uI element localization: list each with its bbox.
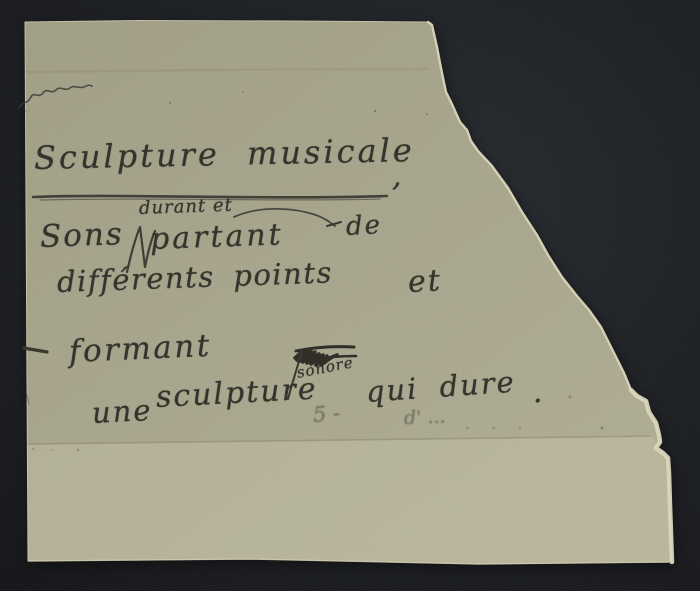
fold-strip (20, 437, 675, 568)
word-une: une (91, 396, 153, 428)
insertion-durant-et: durant et (139, 197, 233, 218)
faint-fragment: d' ... (404, 408, 446, 428)
scribble-dot (24, 110, 26, 112)
word-formant: formant (68, 331, 212, 368)
faint-fragment: 5 - (312, 403, 341, 426)
photo-of-handwritten-note: Sculpture musicale , durant et Sons part… (0, 0, 700, 591)
word-sculpture: sculpture (155, 375, 318, 413)
end-period: . (533, 378, 543, 408)
faint-fragment: . . . (465, 416, 530, 432)
note-title: Sculpture musicale (34, 134, 415, 174)
word-sons: Sons (39, 219, 124, 253)
word-et: et (407, 266, 442, 298)
word-de: de (345, 212, 382, 240)
word-partant: partant (149, 220, 284, 255)
title-comma: , (392, 162, 402, 192)
faint-fragment: . (567, 384, 573, 402)
